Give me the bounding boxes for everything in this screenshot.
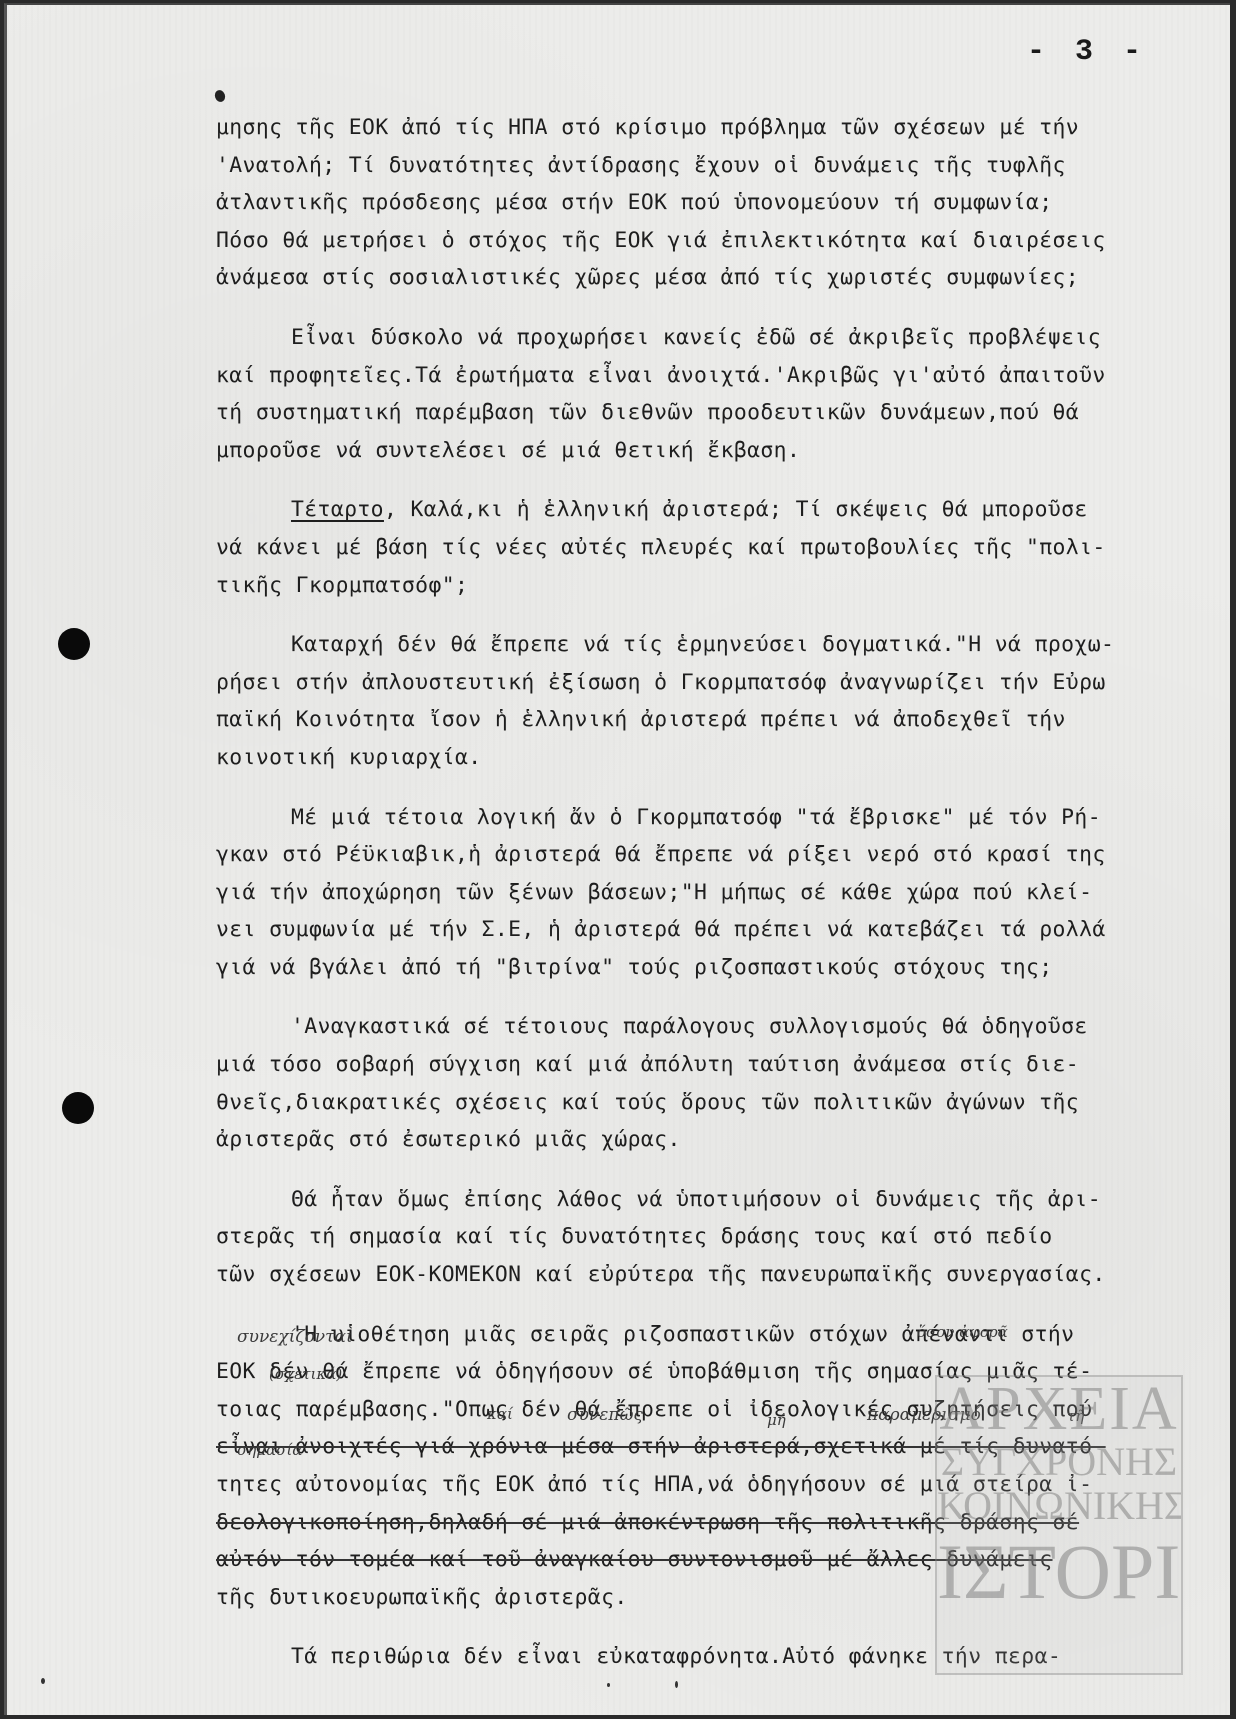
text-line: ἀτλαντικῆς πρόσδεσης μέσα στήν ΕΟΚ πού ὑ… [216, 184, 1236, 222]
watermark-line: ΙΣΤΟΡΙΑΣ [937, 1529, 1181, 1615]
text-line: μποροῦσε νά συντελέσει σέ μιά θετική ἔκβ… [216, 432, 1236, 470]
paragraph-gap [216, 604, 1236, 626]
text-line: 'Αναγκαστικά σέ τέτοιους παράλογους συλλ… [216, 1008, 1236, 1046]
text-line: νά κάνει μέ βάση τίς νέες αὐτές πλευρές … [216, 529, 1236, 567]
paragraph-gap [216, 297, 1236, 319]
paper-speck [675, 1681, 678, 1688]
handwritten-annotation: (σχετικά) [269, 1365, 342, 1383]
handwritten-annotation: ὅσον ἀφορᾶ [917, 1323, 1008, 1341]
archive-watermark: ΑΡΧΕΙΑ ΣΥΓΧΡΟΝΗΣ ΚΟΙΝΩΝΙΚΗΣ ΙΣΤΟΡΙΑΣ [935, 1375, 1183, 1675]
text-line: παϊκή Κοινότητα ἴσον ἡ ἑλληνική ἀριστερά… [216, 701, 1236, 739]
text-line: θνεῖς,διακρατικές σχέσεις καί τούς ὅρους… [216, 1084, 1236, 1122]
paragraph-gap [216, 777, 1236, 799]
paragraph: 'Αναγκαστικά σέ τέτοιους παράλογους συλλ… [216, 1008, 1236, 1158]
punch-hole-icon [58, 628, 90, 660]
text-line: νει συμφωνία μέ τήν Σ.Ε, ἡ ἀριστερά θά π… [216, 911, 1236, 949]
handwritten-annotation: σημασία [237, 1441, 302, 1459]
text-line: ἀνάμεσα στίς σοσιαλιστικές χῶρες μέσα ἀπ… [216, 259, 1236, 297]
text-line: γιά τήν ἀποχώρηση τῶν ξένων βάσεων;"Η μή… [216, 874, 1236, 912]
text-line: στερᾶς τή σημασία καί τίς δυνατότητες δρ… [216, 1218, 1236, 1256]
paragraph-gap [216, 469, 1236, 491]
paper-speck [41, 1678, 45, 1684]
text-line: 'Ανατολή; Τί δυνατότητες ἀντίδρασης ἔχου… [216, 147, 1236, 185]
document-page: - 3 - μησης τῆς ΕΟΚ ἀπό τίς ΗΠΑ στό κρίσ… [4, 3, 1230, 1715]
struck-text: αὐτόν τόν τομέα καί τοῦ ἀναγκαίου συντον… [216, 1547, 1053, 1572]
page-number: - 3 - [1027, 35, 1147, 69]
text-line: γκαν στό Ρέϋκιαβικ,ἡ ἀριστερά θά ἔπρεπε … [216, 836, 1236, 874]
text-line: τῶν σχέσεων ΕΟΚ-ΚΟΜΕΚΟΝ καί εὐρύτερα τῆς… [216, 1256, 1236, 1294]
paragraph-gap [216, 1294, 1236, 1316]
text-line: Τέταρτο, Καλά,κι ἡ ἑλληνική ἀριστερά; Τί… [216, 491, 1236, 529]
text-line: τικῆς Γκορμπατσόφ"; [216, 567, 1236, 605]
paragraph-gap [216, 1159, 1236, 1181]
text-line: μιά τόσο σοβαρή σύγχιση καί μιά ἀπόλυτη … [216, 1046, 1236, 1084]
handwritten-annotation: συνεπῶς [567, 1405, 643, 1425]
ink-blot [213, 89, 227, 104]
paragraph: Εἶναι δύσκολο νά προχωρήσει κανείς ἐδῶ σ… [216, 319, 1236, 469]
text-line: Πόσο θά μετρήσει ὁ στόχος τῆς ΕΟΚ γιά ἐπ… [216, 222, 1236, 260]
text-line: ρήσει στήν ἀπλουστευτική ἐξίσωση ὁ Γκορμ… [216, 664, 1236, 702]
handwritten-annotation: καί [487, 1405, 513, 1423]
watermark-line: ΚΟΙΝΩΝΙΚΗΣ [937, 1483, 1181, 1529]
text-line: Μέ μιά τέτοια λογική ἄν ὁ Γκορμπατσόφ "τ… [216, 799, 1236, 837]
handwritten-annotation: συνεχίζονται [237, 1327, 353, 1347]
text-line: καί προφητεῖες.Τά ἐρωτήματα εἶναι ἀνοιχτ… [216, 357, 1236, 395]
text-line: ἀριστερᾶς στό ἐσωτερικό μιᾶς χώρας. [216, 1121, 1236, 1159]
paper-speck [607, 1683, 610, 1687]
text-line: γιά νά βγάλει ἀπό τή "βιτρίνα" τούς ριζο… [216, 949, 1236, 987]
punch-hole-icon [62, 1092, 94, 1124]
watermark-line: ΣΥΓΧΡΟΝΗΣ [937, 1441, 1181, 1483]
paragraph: Τέταρτο, Καλά,κι ἡ ἑλληνική ἀριστερά; Τί… [216, 491, 1236, 604]
handwritten-annotation: μή [767, 1411, 786, 1429]
text-line: 'Η υἱοθέτηση μιᾶς σειρᾶς ριζοσπαστικῶν σ… [216, 1316, 1236, 1354]
text-line: κοινοτική κυριαρχία. [216, 739, 1236, 777]
paragraph: μησης τῆς ΕΟΚ ἀπό τίς ΗΠΑ στό κρίσιμο πρ… [216, 109, 1236, 297]
paragraph: Καταρχή δέν θά ἔπρεπε νά τίς ἑρμηνεύσει … [216, 626, 1236, 776]
text-line: Θά ἦταν ὅμως ἐπίσης λάθος νά ὑποτιμήσουν… [216, 1181, 1236, 1219]
text-line: τή συστηματική παρέμβαση τῶν διεθνῶν προ… [216, 394, 1236, 432]
underlined-word: Τέταρτο [291, 497, 384, 522]
text-line: μησης τῆς ΕΟΚ ἀπό τίς ΗΠΑ στό κρίσιμο πρ… [216, 109, 1236, 147]
watermark-line: ΑΡΧΕΙΑ [937, 1377, 1181, 1441]
text-line: Καταρχή δέν θά ἔπρεπε νά τίς ἑρμηνεύσει … [216, 626, 1236, 664]
paragraph: Θά ἦταν ὅμως ἐπίσης λάθος νά ὑποτιμήσουν… [216, 1181, 1236, 1294]
paragraph: Μέ μιά τέτοια λογική ἄν ὁ Γκορμπατσόφ "τ… [216, 799, 1236, 987]
paragraph-gap [216, 986, 1236, 1008]
text-line: Εἶναι δύσκολο νά προχωρήσει κανείς ἐδῶ σ… [216, 319, 1236, 357]
